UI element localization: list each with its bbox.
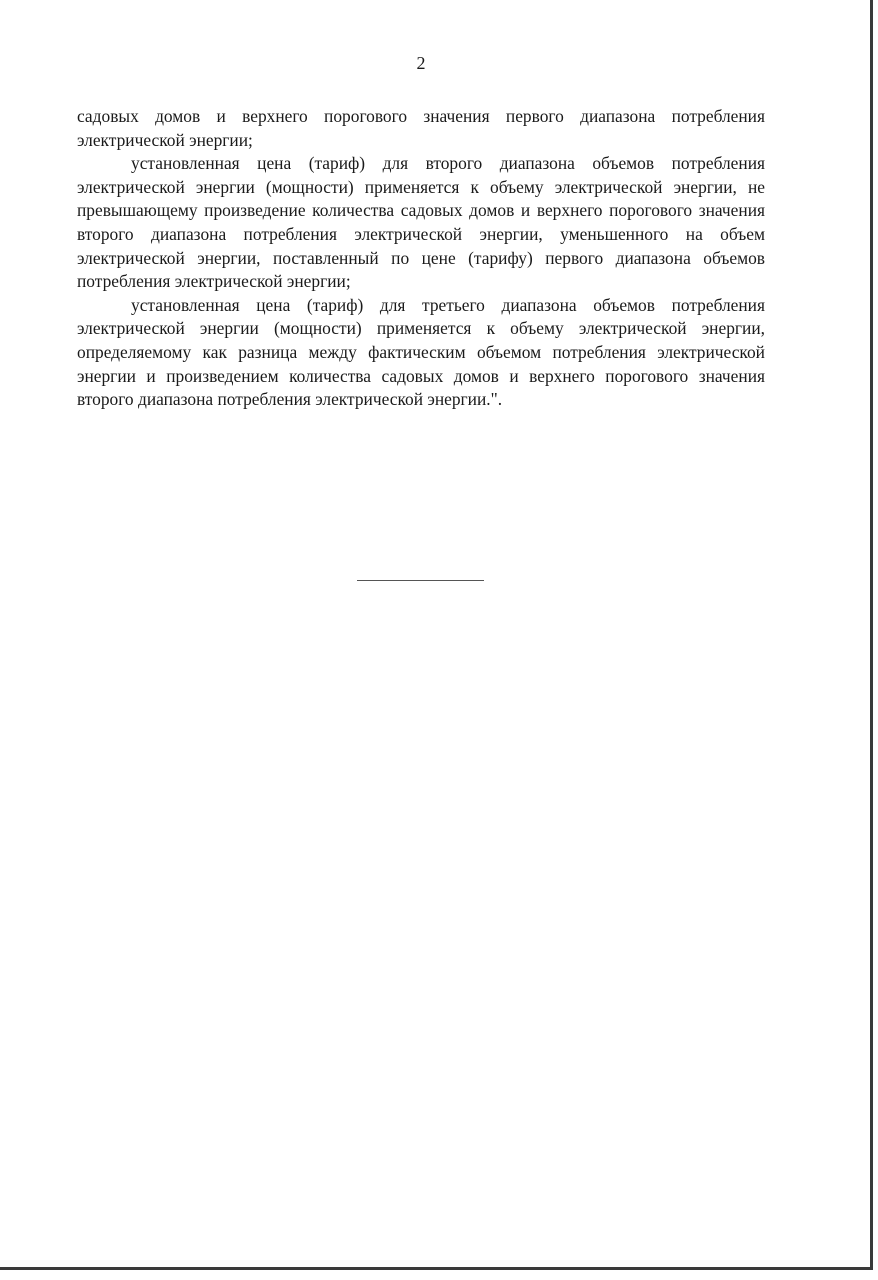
document-body: садовых домов и верхнего порогового знач… (77, 105, 765, 412)
page-number: 2 (0, 52, 842, 74)
paragraph-continuation: садовых домов и верхнего порогового знач… (77, 105, 765, 152)
paragraph-third-range-tariff: установленная цена (тариф) для третьего … (77, 294, 765, 412)
end-separator-line (357, 580, 484, 581)
paragraph-second-range-tariff: установленная цена (тариф) для второго д… (77, 152, 765, 294)
document-page: 2 садовых домов и верхнего порогового зн… (0, 0, 873, 1270)
